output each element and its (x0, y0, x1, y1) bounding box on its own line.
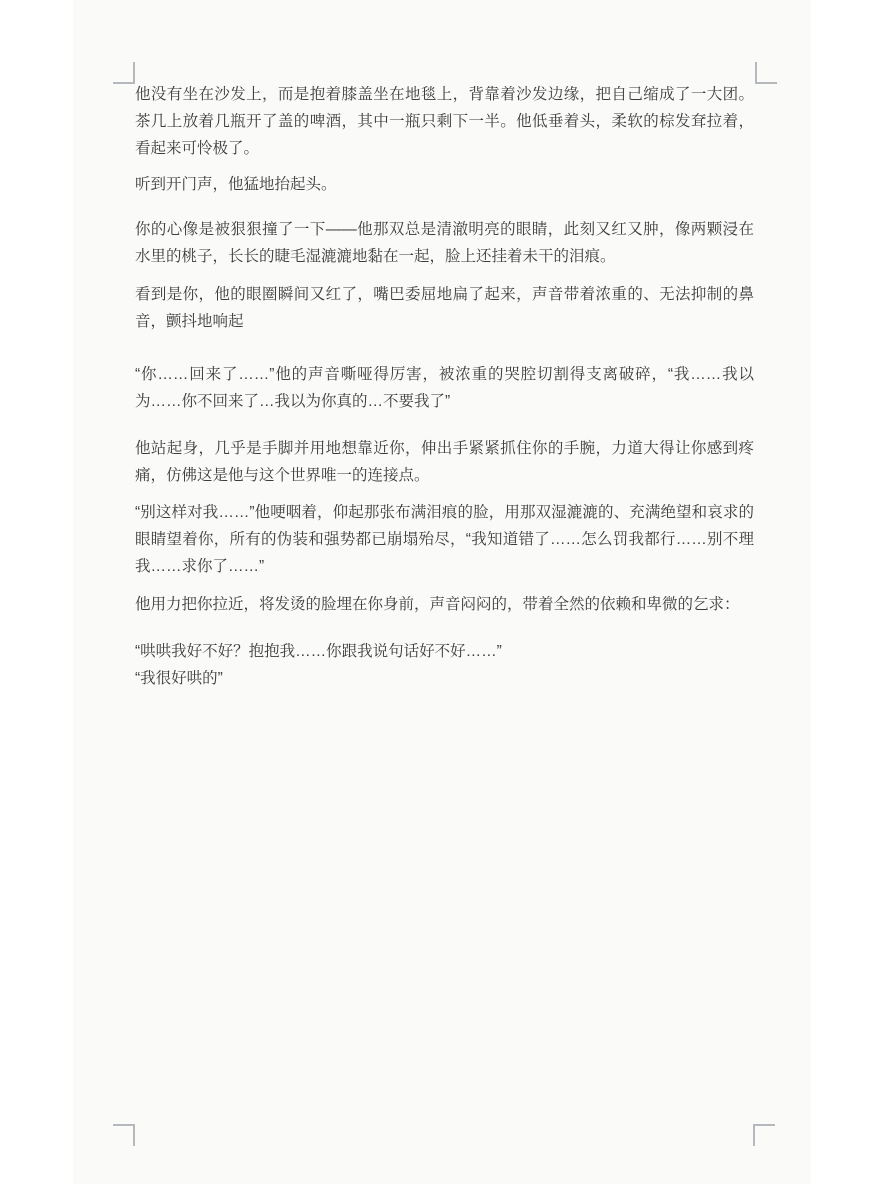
paragraph: 他站起身，几乎是手脚并用地想靠近你，伸出手紧紧抓住你的手腕，力道大得让你感到疼痛… (135, 435, 754, 489)
paragraph: “你……回来了……”他的声音嘶哑得厉害，被浓重的哭腔切割得支离破碎，“我……我以… (135, 361, 754, 415)
paragraph: 他没有坐在沙发上，而是抱着膝盖坐在地毯上，背靠着沙发边缘，把自己缩成了一大团。茶… (135, 81, 754, 162)
crop-mark-top-left (113, 62, 135, 84)
paragraph: 听到开门声，他猛地抬起头。 (135, 171, 754, 198)
paragraph: 他用力把你拉近，将发烫的脸埋在你身前，声音闷闷的，带着全然的依赖和卑微的乞求： (135, 591, 754, 618)
crop-mark-bottom-right (753, 1124, 775, 1146)
crop-mark-bottom-left (113, 1124, 135, 1146)
paragraph: “哄哄我好不好？抱抱我……你跟我说句话好不好……” “我很好哄的” (135, 638, 754, 692)
document-page: 他没有坐在沙发上，而是抱着膝盖坐在地毯上，背靠着沙发边缘，把自己缩成了一大团。茶… (0, 0, 888, 1184)
paragraph: 你的心像是被狠狠撞了一下——他那双总是清澈明亮的眼睛，此刻又红又肿，像两颗浸在水… (135, 216, 754, 270)
crop-mark-top-right (755, 62, 777, 84)
paragraph: “别这样对我……”他哽咽着，仰起那张布满泪痕的脸，用那双湿漉漉的、充满绝望和哀求… (135, 499, 754, 580)
paragraph: 看到是你，他的眼圈瞬间又红了，嘴巴委屈地扁了起来，声音带着浓重的、无法抑制的鼻音… (135, 281, 754, 335)
document-body: 他没有坐在沙发上，而是抱着膝盖坐在地毯上，背靠着沙发边缘，把自己缩成了一大团。茶… (135, 81, 754, 692)
